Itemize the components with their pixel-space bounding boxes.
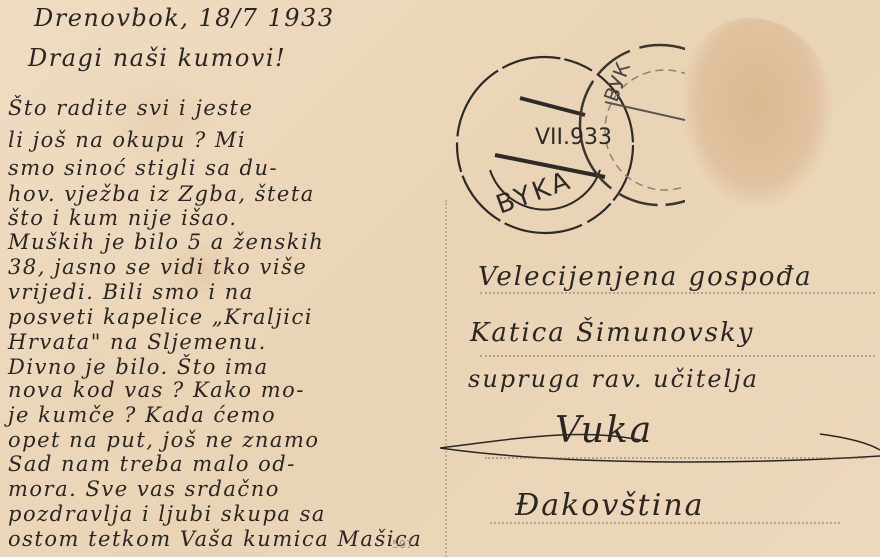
message-line: pozdravlja i ljubi skupa sa (8, 502, 326, 526)
message-line: vrijedi. Bili smo i na (8, 280, 254, 304)
flourish-underline-icon (440, 420, 880, 480)
message-address-divider (445, 200, 447, 557)
address-guide-line (480, 355, 875, 357)
message-line: posveti kapelice „Kraljici (8, 305, 313, 329)
salutation: Dragi naši kumovi! (28, 44, 286, 72)
message-line: što i kum nije išao. (8, 206, 238, 230)
message-line: ostom tetkom Vaša kumica Mašica (8, 527, 422, 551)
postmark: VII.933 BYKA ВУК (455, 30, 685, 240)
address-line-spouse: supruga rav. učitelja (468, 365, 759, 393)
dateline: Drenovbok, 18/7 1933 (34, 4, 335, 32)
postmark-date: VII.933 (535, 125, 612, 150)
address-guide-line (480, 292, 875, 294)
message-line: nova kod vas ? Kako mo- (8, 378, 305, 402)
message-line: Hrvata" na Sljemenu. (8, 330, 267, 354)
address-guide-line (485, 457, 865, 459)
message-line: li još na okupu ? Mi (8, 128, 246, 152)
message-line: Sad nam treba malo od- (8, 452, 296, 476)
message-line: je kumče ? Kada ćemo (8, 403, 276, 427)
address-line-name: Katica Šimunovsky (470, 318, 754, 348)
message-line: Muških je bilo 5 a ženskih (8, 230, 324, 254)
message-line: opet na put, još ne znamo (8, 428, 320, 452)
message-line: smo sinoć stigli sa du- (8, 156, 278, 180)
water-stain (682, 18, 832, 208)
message-line: Divno je bilo. Što ima (8, 355, 269, 379)
print-number: 507 (392, 538, 413, 551)
message-line: 38, jasno se vidi tko više (8, 255, 307, 279)
address-guide-line (490, 522, 840, 524)
message-line: mora. Sve vas srdačno (8, 477, 280, 501)
address-line-region: Đakovština (515, 488, 705, 523)
address-line-title: Velecijenjena gospođa (478, 262, 813, 292)
message-line: hov. vježba iz Zgba, šteta (8, 182, 315, 206)
message-line: Što radite svi i jeste (8, 96, 253, 120)
